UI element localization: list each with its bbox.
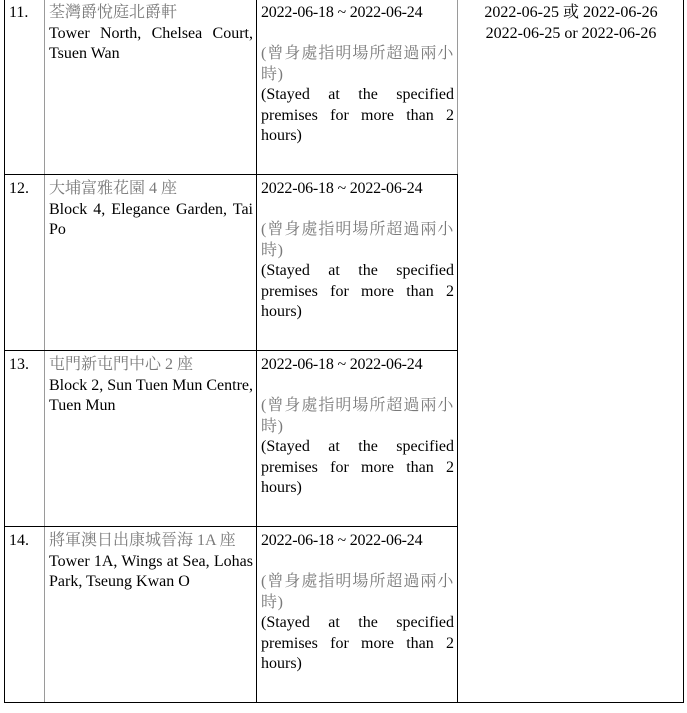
location-cell: 屯門新屯門中心 2 座 Block 2, Sun Tuen Mun Centre… [45,351,257,527]
dates-cell: 2022-06-18 ~ 2022-06-24 (曾身處指明場所超過兩小時) (… [257,0,458,175]
row-number: 11. [5,0,45,175]
spacer [261,376,454,397]
stay-note-en: (Stayed at the specified premises for mo… [261,261,454,323]
dates-cell: 2022-06-18 ~ 2022-06-24 (曾身處指明場所超過兩小時) (… [257,351,458,527]
test-dates-cell: 2022-06-25 或 2022-06-26 2022-06-25 or 20… [458,0,684,703]
location-name-en: Block 4, Elegance Garden, Tai Po [49,200,253,241]
stay-note-en: (Stayed at the specified premises for mo… [261,613,454,675]
stay-note-zh: (曾身處指明場所超過兩小時) [261,396,454,437]
location-name-en: Tower North, Chelsea Court, Tsuen Wan [49,24,253,65]
location-name-zh: 大埔富雅花園 4 座 [49,179,253,200]
dates-cell: 2022-06-18 ~ 2022-06-24 (曾身處指明場所超過兩小時) (… [257,175,458,351]
spacer [261,552,454,573]
stay-note-zh: (曾身處指明場所超過兩小時) [261,44,454,85]
test-dates-zh: 2022-06-25 或 2022-06-26 [462,3,680,24]
test-dates-en: 2022-06-25 or 2022-06-26 [462,24,680,45]
row-number: 12. [5,175,45,351]
spacer [261,24,454,45]
stay-note-zh: (曾身處指明場所超過兩小時) [261,220,454,261]
location-cell: 大埔富雅花園 4 座 Block 4, Elegance Garden, Tai… [45,175,257,351]
date-range: 2022-06-18 ~ 2022-06-24 [261,179,454,200]
specified-premises-table: 11. 荃灣爵悅庭北爵軒 Tower North, Chelsea Court,… [4,0,684,703]
location-name-zh: 荃灣爵悅庭北爵軒 [49,3,253,24]
location-name-en: Block 2, Sun Tuen Mun Centre, Tuen Mun [49,376,253,417]
date-range: 2022-06-18 ~ 2022-06-24 [261,531,454,552]
row-number: 13. [5,351,45,527]
dates-cell: 2022-06-18 ~ 2022-06-24 (曾身處指明場所超過兩小時) (… [257,527,458,703]
stay-note-en: (Stayed at the specified premises for mo… [261,85,454,147]
location-cell: 荃灣爵悅庭北爵軒 Tower North, Chelsea Court, Tsu… [45,0,257,175]
location-name-en: Tower 1A, Wings at Sea, Lohas Park, Tseu… [49,552,253,593]
location-name-zh: 屯門新屯門中心 2 座 [49,355,253,376]
date-range: 2022-06-18 ~ 2022-06-24 [261,3,454,24]
stay-note-zh: (曾身處指明場所超過兩小時) [261,572,454,613]
table-row: 11. 荃灣爵悅庭北爵軒 Tower North, Chelsea Court,… [5,0,684,175]
stay-note-en: (Stayed at the specified premises for mo… [261,437,454,499]
date-range: 2022-06-18 ~ 2022-06-24 [261,355,454,376]
row-number: 14. [5,527,45,703]
spacer [261,200,454,221]
location-name-zh: 將軍澳日出康城晉海 1A 座 [49,531,253,552]
location-cell: 將軍澳日出康城晉海 1A 座 Tower 1A, Wings at Sea, L… [45,527,257,703]
